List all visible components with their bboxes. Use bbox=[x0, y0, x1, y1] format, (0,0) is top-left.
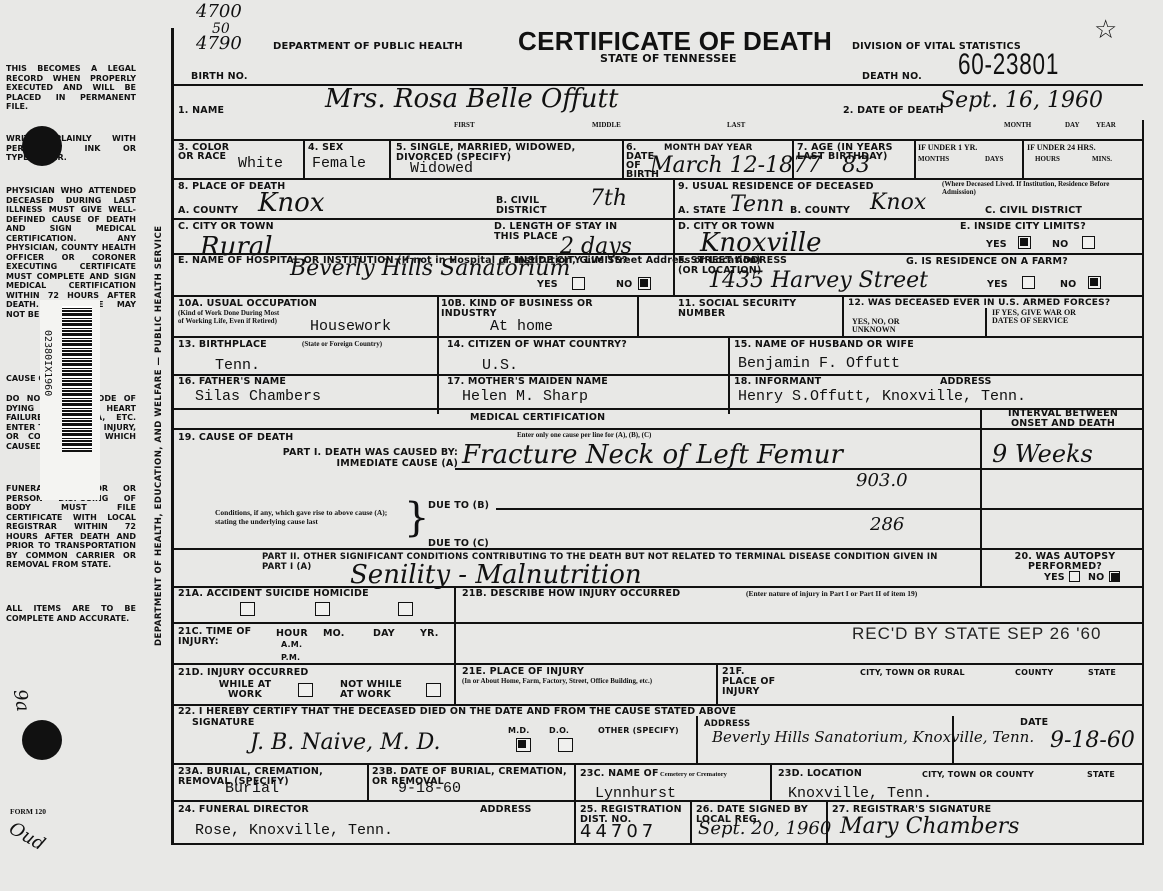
month-label: MO. bbox=[323, 629, 345, 639]
rule-4 bbox=[173, 336, 1143, 338]
mins-label: MINS. bbox=[1092, 156, 1112, 164]
while-at-work-label: WHILE AT WORK bbox=[212, 680, 278, 700]
death-certificate: THIS BECOMES A LEGAL RECORD WHEN PROPERL… bbox=[0, 0, 1163, 891]
injury-type-label: 21A. ACCIDENT SUICIDE HOMICIDE bbox=[178, 589, 369, 599]
birthplace-note: (State or Foreign Country) bbox=[302, 341, 382, 349]
suicide-checkbox[interactable] bbox=[315, 602, 330, 616]
residence-label: 9. USUAL RESIDENCE OF DECEASED bbox=[678, 182, 874, 192]
department-heading: DEPARTMENT OF PUBLIC HEALTH bbox=[273, 42, 463, 52]
residence-civil-district-label: C. CIVIL DISTRICT bbox=[985, 206, 1082, 216]
divider bbox=[842, 295, 844, 337]
sex-label: 4. SEX bbox=[308, 143, 343, 153]
residence-county-label: B. COUNTY bbox=[790, 206, 850, 216]
autopsy-no-checkbox[interactable] bbox=[1109, 571, 1120, 582]
place-of-injury-label: 21E. PLACE OF INJURY bbox=[462, 667, 584, 677]
rule-5 bbox=[173, 374, 1143, 376]
divider bbox=[454, 586, 456, 706]
do-label: D.O. bbox=[549, 726, 569, 736]
month-sublabel: MONTH bbox=[1004, 122, 1031, 130]
am-label: A.M. bbox=[281, 640, 302, 650]
certify-date-label: DATE bbox=[1020, 718, 1048, 728]
occupation-note: (Kind of Work Done During Most of Workin… bbox=[178, 310, 283, 325]
age-value: 83 bbox=[842, 153, 870, 178]
place-of-injury-note: (In or About Home, Farm, Factory, Street… bbox=[462, 678, 712, 686]
frame-left bbox=[171, 28, 174, 844]
medical-certification-heading: MEDICAL CERTIFICATION bbox=[470, 413, 605, 423]
death-inside-city-no-checkbox[interactable] bbox=[638, 277, 651, 290]
under-1yr-label: IF UNDER 1 YR. bbox=[918, 144, 977, 152]
death-no-label: DEATH NO. bbox=[862, 72, 922, 82]
armed-forces-answer-note: YES, NO, OR UNKNOWN bbox=[852, 318, 932, 333]
due-to-c-code: 286 bbox=[870, 514, 904, 535]
divider bbox=[980, 408, 982, 588]
armed-forces-label: 12. WAS DECEASED EVER IN U.S. ARMED FORC… bbox=[848, 298, 1110, 308]
residence-inside-city-label: E. INSIDE CITY LIMITS? bbox=[960, 222, 1086, 232]
first-sublabel: FIRST bbox=[454, 122, 475, 130]
divider bbox=[673, 178, 675, 296]
divider bbox=[303, 139, 305, 179]
certifier-address-value: Beverly Hills Sanatorium, Knoxville, Ten… bbox=[712, 728, 1034, 746]
sex-value: Female bbox=[312, 155, 366, 172]
signature-label: SIGNATURE bbox=[192, 718, 255, 728]
death-inside-city-yes-checkbox[interactable] bbox=[572, 277, 585, 290]
divider bbox=[914, 139, 916, 179]
rule bbox=[496, 508, 1143, 510]
funeral-director-label: 24. FUNERAL DIRECTOR bbox=[178, 805, 309, 815]
injury-occurred-label: 21D. INJURY OCCURRED bbox=[178, 668, 308, 678]
while-at-work-checkbox[interactable] bbox=[298, 683, 313, 697]
residence-note: (Where Deceased Lived. If Institution, R… bbox=[942, 181, 1138, 196]
burial-location-city-label: CITY, TOWN OR COUNTY bbox=[922, 770, 1034, 780]
burial-date-value: 9-18-60 bbox=[398, 780, 461, 797]
farm-yes-label: YES bbox=[987, 280, 1008, 290]
months-label: MONTHS bbox=[918, 156, 949, 164]
barcode-sticker: 02380IX1960 bbox=[40, 300, 100, 500]
describe-injury-note: (Enter nature of injury in Part I or Par… bbox=[746, 590, 917, 598]
margin-handwritten-initials: Oud bbox=[5, 818, 48, 855]
autopsy-yes-checkbox[interactable] bbox=[1069, 571, 1080, 582]
year-label: YR. bbox=[420, 629, 439, 639]
frame-bottom bbox=[171, 843, 1144, 845]
residence-inside-city-no-label: NO bbox=[1052, 240, 1068, 250]
homicide-checkbox[interactable] bbox=[398, 602, 413, 616]
part1-label: PART I. DEATH WAS CAUSED BY: IMMEDIATE C… bbox=[258, 447, 458, 469]
death-inside-city-yes-label: YES bbox=[537, 280, 558, 290]
industry-value: At home bbox=[490, 318, 553, 335]
residence-county-value: Knox bbox=[870, 190, 926, 215]
rule bbox=[675, 218, 1143, 220]
day-sublabel: DAY bbox=[1065, 122, 1080, 130]
due-to-b-label: DUE TO (B) bbox=[428, 501, 489, 511]
name-value: Mrs. Rosa Belle Offutt bbox=[325, 84, 618, 114]
do-checkbox[interactable] bbox=[558, 738, 573, 752]
divider bbox=[770, 763, 772, 801]
form-number: FORM 120 bbox=[10, 808, 46, 816]
under-24hrs-label: IF UNDER 24 HRS. bbox=[1027, 144, 1096, 152]
md-checkbox[interactable] bbox=[516, 738, 531, 752]
punch-hole-top bbox=[22, 126, 62, 166]
spouse-label: 15. NAME OF HUSBAND OR WIFE bbox=[734, 340, 914, 350]
handwritten-number-3: 4790 bbox=[196, 36, 242, 52]
farm-label: G. IS RESIDENCE ON A FARM? bbox=[906, 257, 1068, 267]
accident-checkbox[interactable] bbox=[240, 602, 255, 616]
rule-header bbox=[173, 84, 1143, 86]
birth-date-sublabel: MONTH DAY YEAR bbox=[664, 143, 753, 153]
street-address-value: 1435 Harvey Street bbox=[708, 268, 928, 293]
race-label: 3. COLOR OR RACE bbox=[178, 143, 238, 161]
due-to-b-code: 903.0 bbox=[856, 470, 908, 491]
cemetery-label: 23C. NAME OF bbox=[580, 769, 659, 779]
not-while-at-work-checkbox[interactable] bbox=[426, 683, 441, 697]
all-items-notice: ALL ITEMS ARE TO BE COMPLETE AND ACCURAT… bbox=[6, 604, 136, 623]
divider bbox=[952, 716, 954, 764]
certify-date-value: 9-18-60 bbox=[1050, 728, 1135, 753]
place-f-label: 21F. PLACE OF INJURY bbox=[722, 667, 782, 697]
birthplace-value: Tenn. bbox=[215, 357, 260, 374]
residence-state-value: Tenn bbox=[730, 192, 784, 217]
funeral-address-label: ADDRESS bbox=[480, 805, 532, 815]
conditions-note: Conditions, if any, which gave rise to a… bbox=[215, 508, 395, 526]
barcode bbox=[62, 306, 92, 452]
state-subtitle: STATE OF TENNESSEE bbox=[600, 54, 737, 64]
armed-forces-dates-note: IF YES, GIVE WAR OR DATES OF SERVICE bbox=[992, 309, 1092, 324]
describe-injury-label: 21B. DESCRIBE HOW INJURY OCCURRED bbox=[462, 589, 680, 599]
barcode-number: 02380IX1960 bbox=[42, 330, 53, 396]
rule-1 bbox=[173, 139, 1143, 141]
registrar-signature-value: Mary Chambers bbox=[840, 814, 1019, 839]
autopsy-no-label: NO bbox=[1088, 573, 1104, 583]
md-label: M.D. bbox=[508, 726, 529, 736]
residence-inside-city-yes-checkbox[interactable] bbox=[1018, 236, 1031, 249]
mother-value: Helen M. Sharp bbox=[462, 388, 588, 405]
autopsy-label: 20. WAS AUTOPSY PERFORMED? bbox=[990, 552, 1140, 572]
birthplace-label: 13. BIRTHPLACE bbox=[178, 340, 267, 350]
divider bbox=[637, 295, 639, 337]
burial-value: Burial bbox=[225, 780, 279, 797]
handwritten-number-1: 4700 bbox=[196, 4, 242, 20]
star-icon: ☆ bbox=[1094, 14, 1117, 45]
industry-label: 10B. KIND OF BUSINESS OR INDUSTRY bbox=[441, 299, 641, 319]
death-county-value: Knox bbox=[258, 188, 325, 218]
date-of-death-value: Sept. 16, 1960 bbox=[940, 88, 1103, 113]
birth-no-label: BIRTH NO. bbox=[191, 72, 248, 82]
day-label: DAY bbox=[373, 629, 395, 639]
year-sublabel: YEAR bbox=[1096, 122, 1116, 130]
farm-no-label: NO bbox=[1060, 280, 1076, 290]
divider bbox=[985, 308, 987, 337]
hours-label: HOURS bbox=[1035, 156, 1060, 164]
burial-location-label: 23D. LOCATION bbox=[778, 769, 862, 779]
residence-state-label: A. STATE bbox=[678, 206, 726, 216]
death-number: 60-23801 bbox=[958, 48, 1059, 82]
father-value: Silas Chambers bbox=[195, 388, 321, 405]
divider bbox=[574, 763, 576, 843]
certify-label: 22. I HEREBY CERTIFY THAT THE DECEASED D… bbox=[178, 707, 736, 717]
citizenship-label: 14. CITIZEN OF WHAT COUNTRY? bbox=[447, 340, 627, 350]
mother-label: 17. MOTHER'S MAIDEN NAME bbox=[447, 377, 608, 387]
date-signed-value: Sept. 20, 1960 bbox=[698, 818, 831, 839]
death-civil-district-label: B. CIVIL DISTRICT bbox=[496, 196, 576, 216]
rule bbox=[173, 548, 1143, 550]
rule bbox=[173, 663, 1143, 665]
spouse-value: Benjamin F. Offutt bbox=[738, 355, 900, 372]
divider bbox=[1022, 139, 1024, 179]
occupation-label: 10A. USUAL OCCUPATION bbox=[178, 299, 317, 309]
date-of-death-label: 2. DATE OF DEATH bbox=[843, 106, 944, 116]
rule bbox=[455, 468, 1143, 470]
informant-value: Henry S.Offutt, Knoxville, Tenn. bbox=[738, 388, 1026, 405]
immediate-interval-value: 9 Weeks bbox=[992, 440, 1093, 468]
frame-right bbox=[1142, 120, 1144, 844]
margin-handwritten-note: 9a bbox=[9, 688, 34, 713]
father-label: 16. FATHER'S NAME bbox=[178, 377, 286, 387]
residence-inside-city-yes-label: YES bbox=[986, 240, 1007, 250]
registration-district-value: 44707 bbox=[580, 821, 657, 842]
funeral-director-value: Rose, Knoxville, Tenn. bbox=[195, 822, 393, 839]
name-label: 1. NAME bbox=[178, 106, 224, 116]
hour-label: HOUR bbox=[276, 629, 308, 639]
divider bbox=[622, 139, 624, 179]
farm-no-checkbox[interactable] bbox=[1088, 276, 1101, 289]
middle-sublabel: MIDDLE bbox=[592, 122, 621, 130]
death-county-label: A. COUNTY bbox=[178, 206, 238, 216]
divider bbox=[367, 763, 369, 801]
divider bbox=[826, 800, 828, 843]
informant-address-label: ADDRESS bbox=[940, 377, 992, 387]
divider bbox=[690, 800, 692, 843]
brace: } bbox=[404, 498, 429, 538]
death-inside-city-label: F. INSIDE CITY LIMITS? bbox=[503, 256, 628, 266]
county-label: COUNTY bbox=[1015, 668, 1053, 678]
ssn-label: 11. SOCIAL SECURITY NUMBER bbox=[678, 299, 818, 319]
death-civil-district-value: 7th bbox=[590, 186, 627, 211]
divider bbox=[792, 139, 794, 179]
interval-label: INTERVAL BETWEEN ONSET AND DEATH bbox=[988, 409, 1138, 429]
birth-date-value: March 12-1877 bbox=[650, 153, 821, 178]
rule bbox=[173, 218, 673, 220]
divider bbox=[716, 663, 718, 706]
physician-signature: J. B. Naive, M. D. bbox=[250, 730, 440, 755]
farm-yes-checkbox[interactable] bbox=[1022, 276, 1035, 289]
rule bbox=[173, 800, 1143, 802]
days-label: DAYS bbox=[985, 156, 1003, 164]
death-inside-city-no-label: NO bbox=[616, 280, 632, 290]
divider bbox=[389, 139, 391, 179]
vertical-department-text: DEPARTMENT OF HEALTH, EDUCATION, AND WEL… bbox=[154, 196, 164, 646]
other-specify-label: OTHER (SPECIFY) bbox=[598, 726, 679, 736]
legal-record-notice: THIS BECOMES A LEGAL RECORD WHEN PROPERL… bbox=[6, 64, 136, 112]
city-town-rural-label: CITY, TOWN OR RURAL bbox=[860, 668, 965, 678]
not-while-at-work-label: NOT WHILE AT WORK bbox=[340, 680, 412, 700]
death-city-label: C. CITY OR TOWN bbox=[178, 222, 274, 232]
residence-inside-city-no-checkbox[interactable] bbox=[1082, 236, 1095, 249]
immediate-cause-value: Fracture Neck of Left Femur bbox=[462, 440, 843, 470]
time-of-injury-label: 21C. TIME OF INJURY: bbox=[178, 627, 258, 647]
burial-location-state-label: STATE bbox=[1087, 770, 1115, 780]
received-by-state-stamp: REC'D BY STATE SEP 26 '60 bbox=[852, 624, 1101, 644]
cause-of-death-label: 19. CAUSE OF DEATH bbox=[178, 433, 293, 443]
informant-label: 18. INFORMANT bbox=[734, 377, 821, 387]
cause-instruction: Enter only one cause per line for (A), (… bbox=[517, 432, 651, 440]
occupation-value: Housework bbox=[310, 318, 391, 335]
last-sublabel: LAST bbox=[727, 122, 745, 130]
divider bbox=[696, 716, 698, 764]
cemetery-note: Cemetery or Crematory bbox=[660, 771, 727, 779]
pm-label: P.M. bbox=[281, 653, 300, 663]
autopsy-yes-label: YES bbox=[1044, 573, 1065, 583]
rule-9 bbox=[173, 763, 1143, 765]
race-value: White bbox=[238, 155, 283, 172]
marital-status-value: Widowed bbox=[410, 160, 473, 177]
state-label: STATE bbox=[1088, 668, 1116, 678]
citizenship-value: U.S. bbox=[482, 357, 518, 374]
punch-hole-bottom bbox=[22, 720, 62, 760]
rule-3 bbox=[173, 295, 1143, 297]
rule bbox=[173, 428, 1143, 430]
divider bbox=[437, 295, 439, 337]
